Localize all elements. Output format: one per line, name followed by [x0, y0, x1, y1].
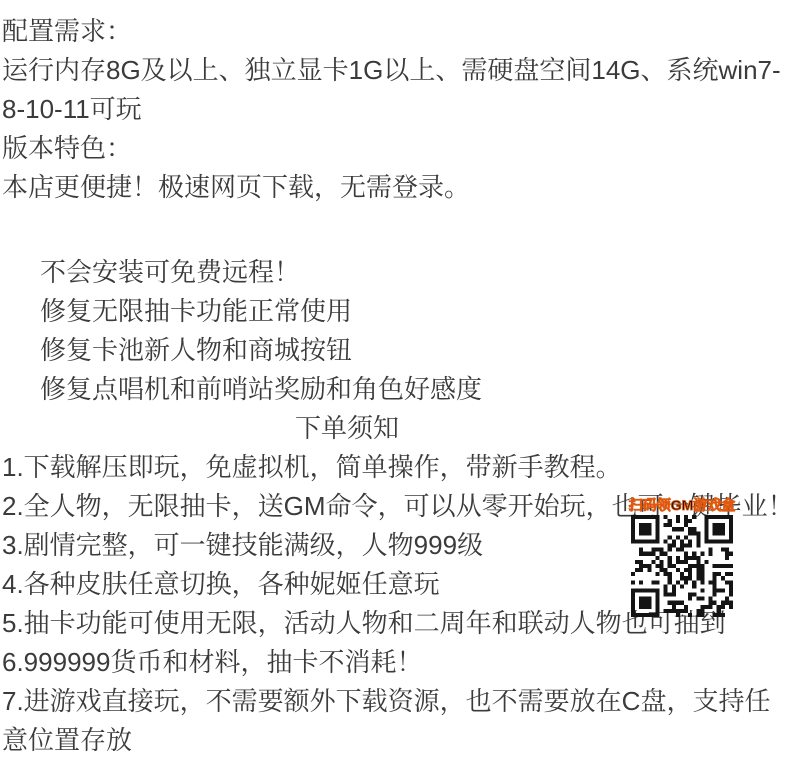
qr-code-block: 扫码领GM游戏盒 [617, 497, 747, 617]
order-note: 7.进游戏直接玩，不需要额外下载资源，也不需要放在C盘，支持任意位置存放 [2, 682, 795, 760]
feature-line: 修复卡池新人物和商城按钮 [40, 331, 795, 370]
qr-code-label: 扫码领GM游戏盒 [617, 497, 747, 514]
features-heading: 版本特色： [2, 129, 795, 168]
listing-description: 配置需求： 运行内存8G及以上、独立显卡1G以上、需硬盘空间14G、系统win7… [0, 0, 800, 760]
config-heading: 配置需求： [2, 12, 795, 51]
features-intro: 本店更便捷！极速网页下载，无需登录。 [2, 168, 795, 207]
feature-line: 修复点唱机和前哨站奖励和角色好感度 [40, 370, 795, 409]
feature-line: 修复无限抽卡功能正常使用 [40, 292, 795, 331]
config-requirements: 运行内存8G及以上、独立显卡1G以上、需硬盘空间14G、系统win7-8-10-… [2, 51, 795, 129]
qr-code-icon [630, 515, 734, 617]
feature-list: 不会安装可免费远程！ 修复无限抽卡功能正常使用 修复卡池新人物和商城按钮 修复点… [2, 253, 795, 409]
order-note: 6.999999货币和材料，抽卡不消耗！ [2, 643, 795, 682]
page: 配置需求： 运行内存8G及以上、独立显卡1G以上、需硬盘空间14G、系统win7… [0, 0, 800, 761]
order-notes-title: 下单须知 [2, 409, 692, 448]
order-note: 1.下载解压即玩，免虚拟机，简单操作，带新手教程。 [2, 448, 795, 487]
blank-gap [2, 207, 795, 253]
feature-line: 不会安装可免费远程！ [40, 253, 795, 292]
